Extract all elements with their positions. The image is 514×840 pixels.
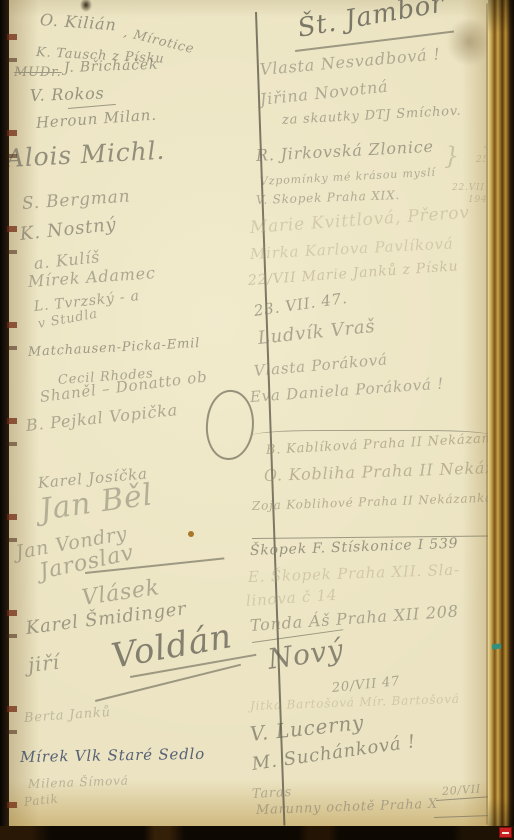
page-edge-stack [488, 0, 514, 840]
signature-entry: 20/VII [442, 783, 482, 797]
margin-notes: }4 I25/722.VII1947.20/VII [0, 0, 514, 840]
signature-entry: } [444, 144, 460, 168]
book-edge-bottom [0, 826, 514, 840]
red-corner-tag-icon [499, 827, 512, 838]
signature-entry: 22.VII [452, 184, 485, 193]
guestbook-page-scan: O. Kilián, MíroticeK. Tausch z PískuMUDr… [0, 0, 514, 840]
binding-stitches [7, 0, 17, 828]
